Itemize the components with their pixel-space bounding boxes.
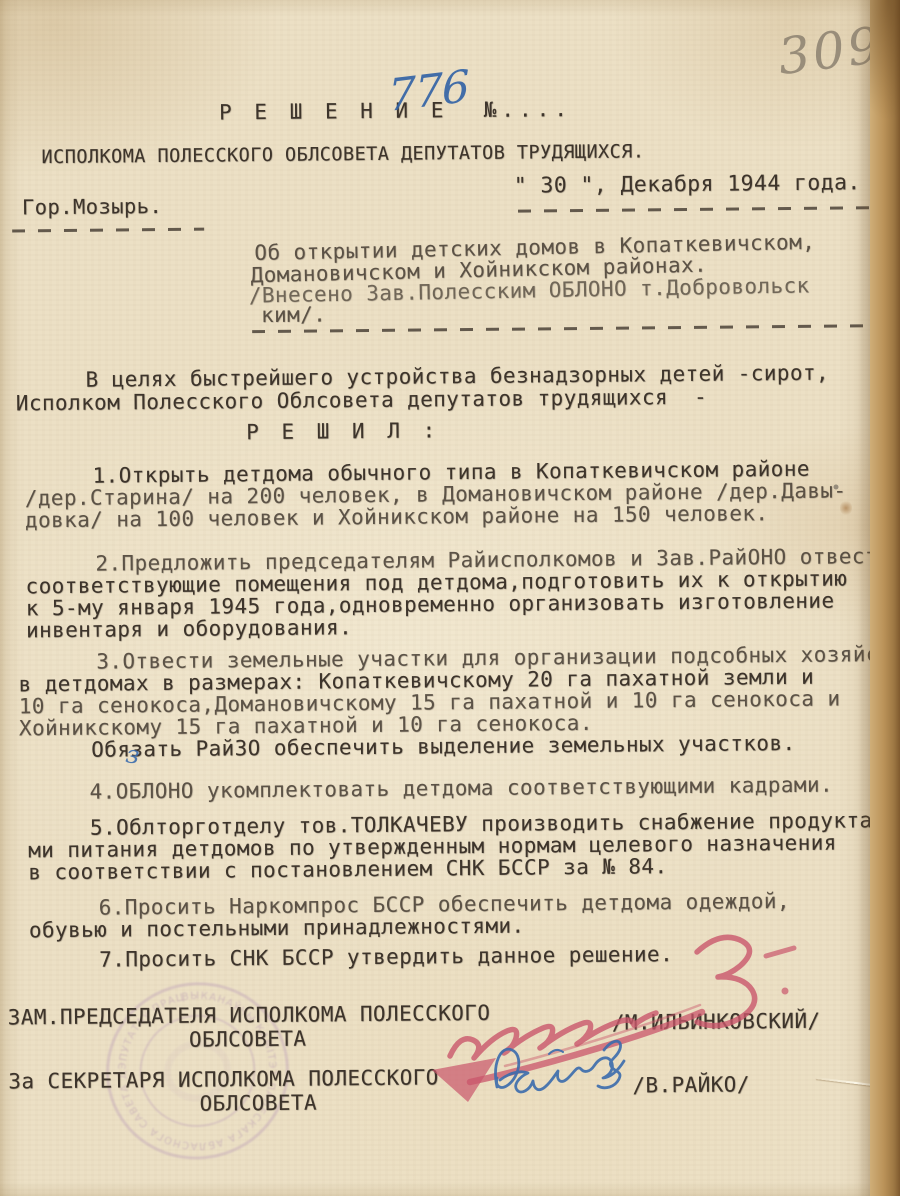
signature-name-1: /М.ИЛЬИНКОВСКИЙ/ — [612, 1010, 821, 1034]
dashed-line-date — [518, 206, 870, 212]
subject-line: ким/. — [261, 303, 326, 326]
item2-line: инвентаря и оборудования. — [26, 616, 352, 641]
city-line: Гор.Мозырь. — [22, 195, 162, 218]
resolved-heading: Р Е Ш И Л : — [246, 419, 440, 443]
signature-role-1b: ОБЛСОВЕТА — [189, 1028, 307, 1051]
item1-line: довка/ на 100 человек и Хойникском район… — [25, 502, 769, 531]
signature-role-1: ЗАМ.ПРЕДСЕДАТЕЛЯ ИСПОЛКОМА ПОЛЕССКОГО — [8, 1002, 491, 1029]
decision-number-handwritten: 776 — [388, 61, 469, 122]
signature-name-2: /В.РАЙКО/ — [632, 1073, 750, 1096]
signature-role-2b: ОБЛСОВЕТА — [199, 1092, 317, 1115]
item3-line: Обязать РайЗО обеспечить выделение земел… — [91, 732, 796, 761]
item4-line: 4.ОБЛОНО укомплектовать детдома соответс… — [89, 774, 833, 803]
preamble-line: Исполком Полесского Облсовета депутатов … — [16, 386, 707, 415]
signature-role-2: За СЕКРЕТАРЯ ИСПОЛКОМА ПОЛЕССКОГО — [8, 1066, 439, 1092]
item7-line: 7.Просить СНК БССР утвердить данное реше… — [99, 943, 673, 971]
dashed-line-city — [12, 228, 204, 233]
scanned-document-page: ВЫКАНАЎЧЫ КАМІТЭТ ПАЛЕСКАГА АБЛАСНОГА СА… — [0, 0, 900, 1196]
typed-text-layer: Р Е Ш Е Н И Е №.... ИСПОЛКОМА ПОЛЕССКОГО… — [0, 0, 900, 1196]
adjacent-page-edge — [870, 0, 900, 1196]
item5-line: в соответствии с постановлением СНК БССР… — [28, 855, 667, 883]
dashed-line-subject — [252, 324, 884, 333]
date-line: " 30 ", Декабря 1944 года. — [514, 172, 861, 197]
item6-line: обувью и постельными принадлежностями. — [29, 915, 525, 942]
org-line: ИСПОЛКОМА ПОЛЕССКОГО ОБЛСОВЕТА ДЕПУТАТОВ… — [41, 141, 644, 169]
